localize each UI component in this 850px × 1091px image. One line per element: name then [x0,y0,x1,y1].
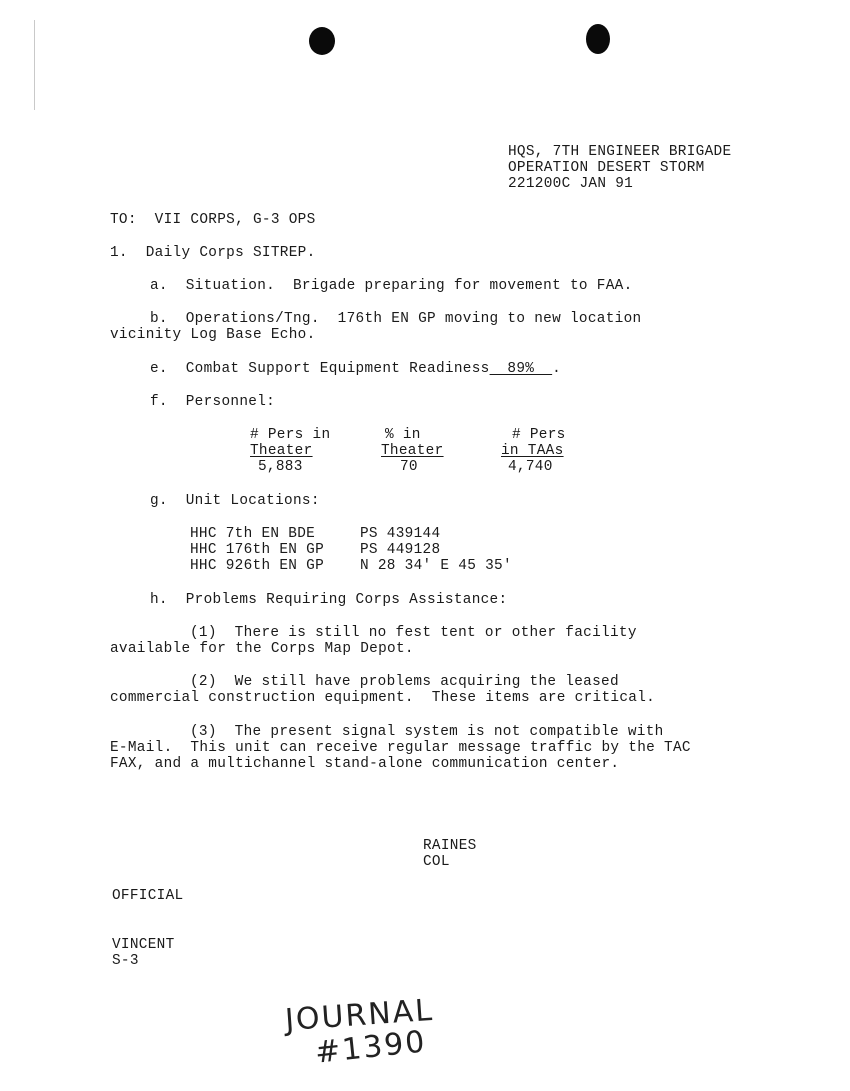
unit-location: PS 449128 [360,542,440,558]
unit-location: PS 439144 [360,526,440,542]
problem-1-line2: available for the Corps Map Depot. [110,641,414,657]
header-dtg: 221200C JAN 91 [508,176,633,192]
para-h-problems: h. Problems Requiring Corps Assistance: [150,592,507,608]
col3-header-bottom: in TAAs [501,443,564,459]
col3-header-top: # Pers [512,427,566,443]
punch-hole-right [586,24,610,54]
para-a-situation: a. Situation. Brigade preparing for move… [150,278,633,294]
readiness-value: 89% [490,361,553,377]
col1-value: 5,883 [258,459,303,475]
signer-rank: COL [423,854,450,870]
problem-2-line1: (2) We still have problems acquiring the… [190,674,619,690]
punch-hole-left [309,27,335,55]
margin-mark [34,20,35,110]
para-b-operations: b. Operations/Tng. 176th EN GP moving to… [150,311,641,327]
problem-2-line2: commercial construction equipment. These… [110,690,655,706]
header-operation: OPERATION DESERT STORM [508,160,705,176]
col1-header-top: # Pers in [250,427,330,443]
col2-value: 70 [400,459,418,475]
para-f-personnel: f. Personnel: [150,394,275,410]
section-title: 1. Daily Corps SITREP. [110,245,316,261]
col3-value: 4,740 [508,459,553,475]
para-b-operations-cont: vicinity Log Base Echo. [110,327,316,343]
para-e-readiness: e. Combat Support Equipment Readiness 89… [150,361,561,377]
unit-name: HHC 176th EN GP [190,542,324,558]
problem-3-line1: (3) The present signal system is not com… [190,724,664,740]
problem-1-line1: (1) There is still no fest tent or other… [190,625,637,641]
para-g-unit-locations: g. Unit Locations: [150,493,320,509]
readiness-label: e. Combat Support Equipment Readiness [150,361,490,377]
to-line: TO: VII CORPS, G-3 OPS [110,212,316,228]
problem-3-line2: E-Mail. This unit can receive regular me… [110,740,691,756]
unit-name: HHC 7th EN BDE [190,526,315,542]
readiness-period: . [552,361,561,377]
header-unit: HQS, 7TH ENGINEER BRIGADE [508,144,731,160]
col2-header-top: % in [385,427,421,443]
col2-header-bottom: Theater [381,443,444,459]
problem-3-line3: FAX, and a multichannel stand-alone comm… [110,756,619,772]
unit-location: N 28 34' E 45 35' [360,558,512,574]
col1-header-bottom: Theater [250,443,313,459]
unit-name: HHC 926th EN GP [190,558,324,574]
signer-name: RAINES [423,838,477,854]
official-label: OFFICIAL [112,888,184,904]
official-name: VINCENT [112,937,175,953]
official-title: S-3 [112,953,139,969]
